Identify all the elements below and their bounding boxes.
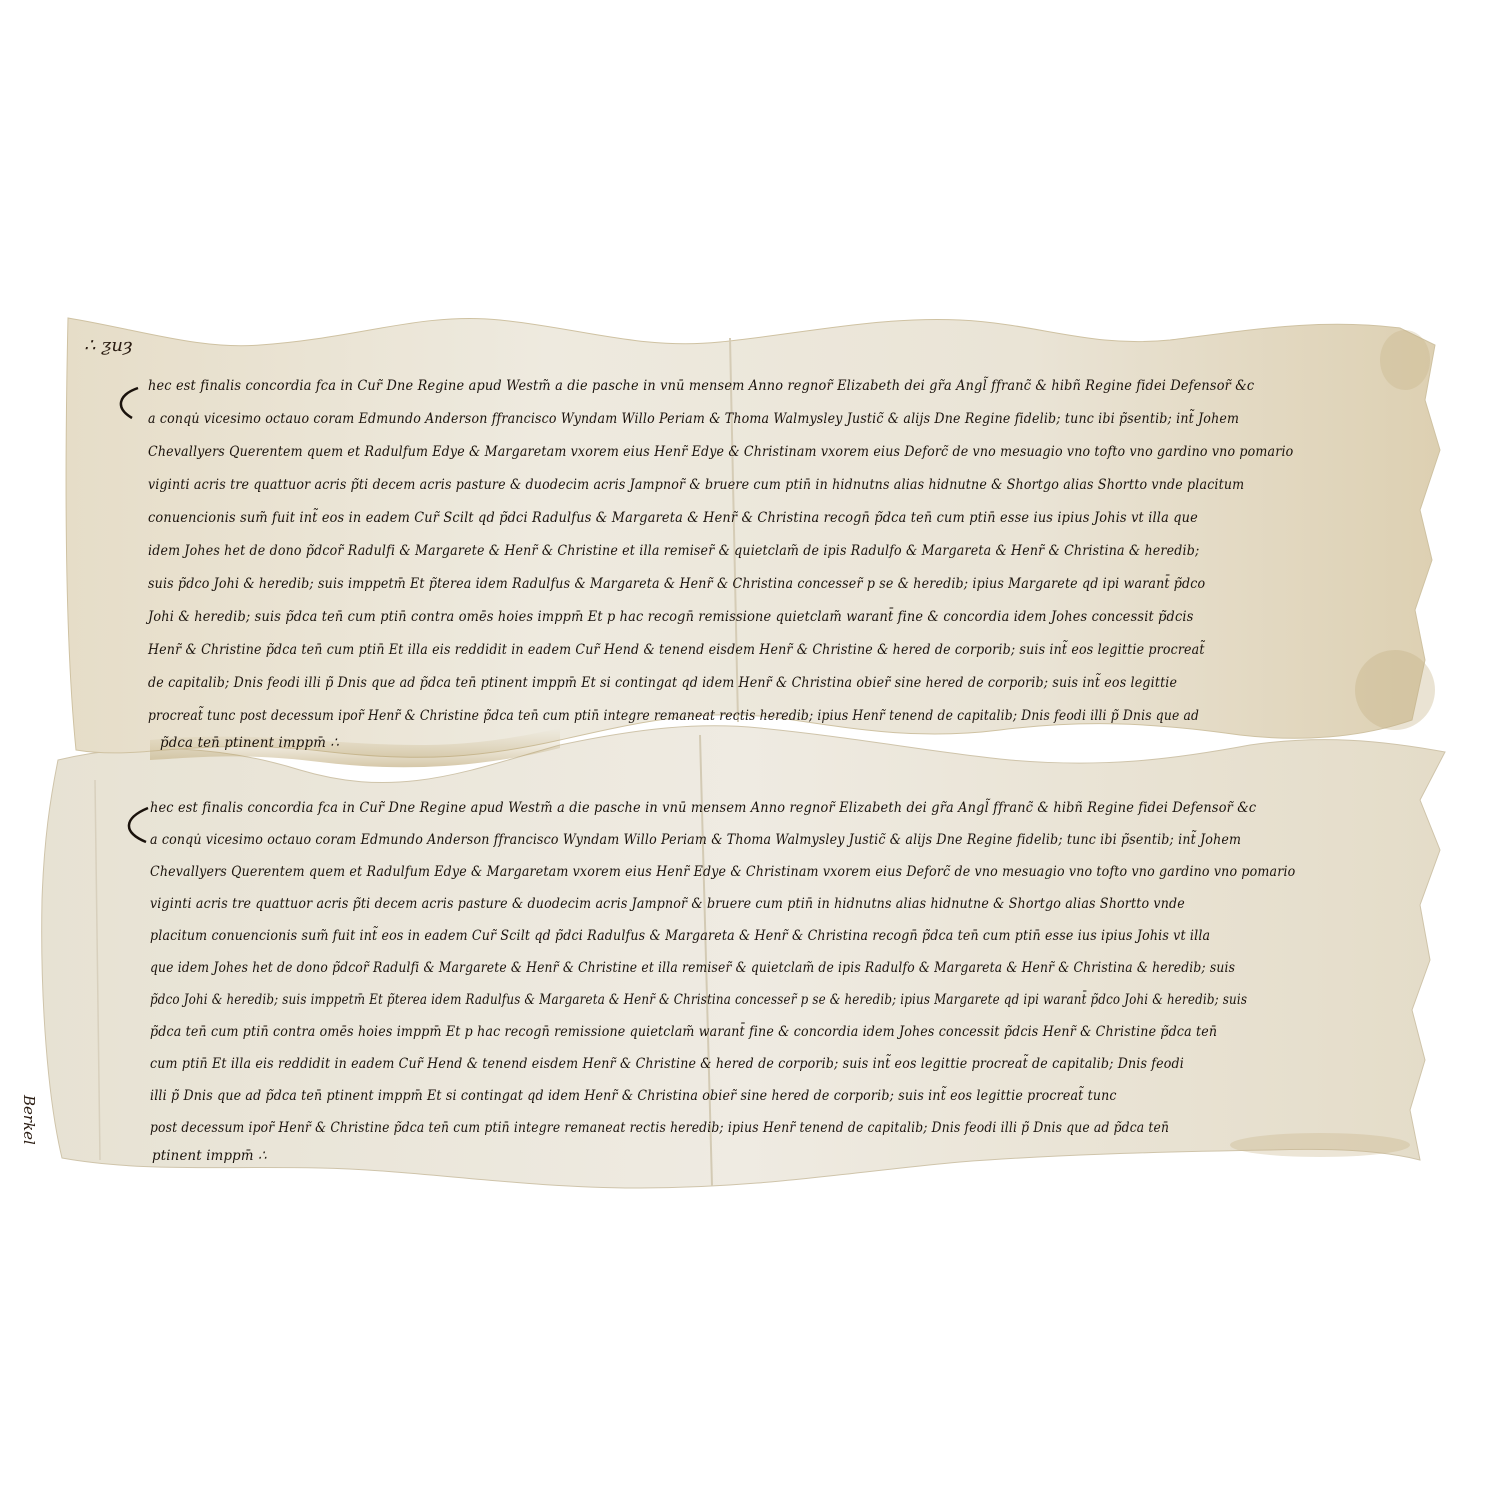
text-line: illi p̃ Dnis que ad p̃dca ten̄ ptinent i… <box>150 1088 1117 1104</box>
text-line: de capitalib; Dnis feodi illi p̃ Dnis qu… <box>148 675 1177 691</box>
text-line: ptinent imppm̄ ∴ <box>152 1148 267 1164</box>
text-line: cum ptin̄ Et illa eis reddidit in eadem … <box>150 1056 1184 1072</box>
text-line: a conqu̇ vicesimo octauo coram Edmundo A… <box>150 832 1241 848</box>
text-line: p̃dco Johi & heredib; suis imppetm̄ Et p… <box>150 992 1247 1008</box>
lower-parchment <box>42 726 1445 1188</box>
text-line: idem Johes het de dono p̃dcor̃ Radulfi &… <box>148 543 1199 559</box>
text-line: hec est finalis concordia fca in Cur̃ Dn… <box>148 378 1254 394</box>
stain <box>1380 330 1430 390</box>
text-line: que idem Johes het de dono p̃dcor̃ Radul… <box>150 960 1235 976</box>
manuscript-photograph: ∴ ƺuȝ hec est finalis concordia fca in C… <box>0 0 1500 1500</box>
text-line: Chevallyers Querentem quem et Radulfum E… <box>148 444 1293 460</box>
text-line: procreat̃ tunc post decessum ipor̃ Henr̃… <box>148 708 1199 724</box>
text-line: p̃dca ten̄ cum ptin̄ contra omēs hoies i… <box>150 1024 1217 1040</box>
lower-margin-note: Berkel <box>20 1095 38 1145</box>
text-line: placitum conuencionis sum̃ fuit int̃ eos… <box>150 928 1210 944</box>
text-line: Henr̃ & Christine p̃dca ten̄ cum ptin̄ E… <box>148 642 1205 658</box>
stain <box>1355 650 1435 730</box>
upper-margin-note: ∴ ƺuȝ <box>84 335 132 356</box>
text-line: Johi & heredib; suis p̃dca ten̄ cum ptin… <box>148 609 1193 625</box>
text-line: post decessum ipor̃ Henr̃ & Christine p̃… <box>150 1120 1169 1136</box>
stain <box>1230 1133 1410 1157</box>
text-line: hec est finalis concordia fca in Cur̃ Dn… <box>150 800 1256 816</box>
text-line: conuencionis sum̃ fuit int̃ eos in eadem… <box>148 510 1198 526</box>
text-line: suis p̃dco Johi & heredib; suis imppetm̄… <box>148 576 1205 592</box>
text-line: viginti acris tre quattuor acris p̃ti de… <box>150 896 1185 912</box>
text-line: p̃dca ten̄ ptinent imppm̄ ∴ <box>160 735 339 751</box>
text-line: Chevallyers Querentem quem et Radulfum E… <box>150 864 1295 880</box>
text-line: a conqu̇ vicesimo octauo coram Edmundo A… <box>148 411 1239 427</box>
text-line: viginti acris tre quattuor acris p̃ti de… <box>148 477 1244 493</box>
